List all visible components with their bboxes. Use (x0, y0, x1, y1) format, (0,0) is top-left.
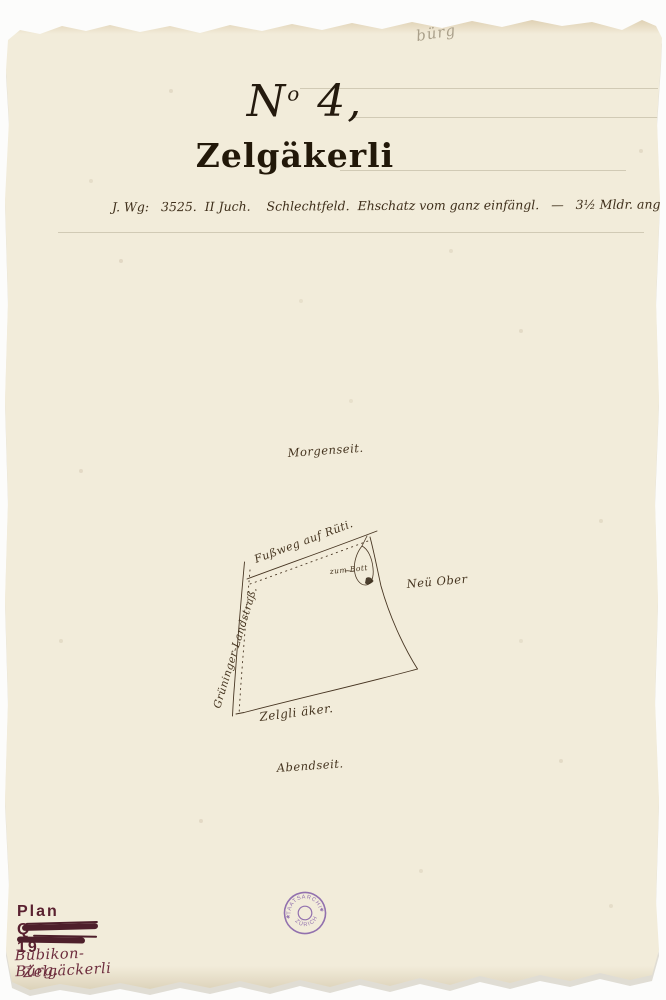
road-label: Grüninger-Landstraß. (211, 585, 259, 709)
stamp-inner-ring (297, 905, 313, 921)
boundary-right (370, 537, 418, 669)
archive-round-stamp: STAATSARCHIV ZÜRICH ✱ ✱ (277, 885, 333, 941)
direction-label-west: Abendseit. (275, 756, 344, 775)
feature-stem (362, 536, 367, 546)
parcel-sketch-map: Morgenseit. Fußweg auf Rüti. zum Bott Ne… (0, 0, 666, 1000)
svg-text:ZÜRICH: ZÜRICH (293, 914, 321, 931)
paper-sheet: bürg No 4, Zelgäkerli J. Wg: 3525. II Ju… (0, 0, 666, 1000)
parcel-label: Zelgli äker. (258, 701, 334, 724)
crossed-out-text-line (17, 936, 85, 943)
stamp-star-left: ✱ (286, 914, 291, 921)
paper-speckles (0, 0, 2, 2)
direction-label-east: Morgenseit. (286, 441, 364, 460)
stamp-star-right: ✱ (319, 907, 324, 914)
feature-label: zum Bott (328, 563, 369, 576)
neighbor-label-right: Neü Ober (405, 572, 469, 591)
scanned-plan-page: bürg No 4, Zelgäkerli J. Wg: 3525. II Ju… (0, 0, 666, 1000)
stamp-text-bottom: ZÜRICH (293, 914, 321, 931)
